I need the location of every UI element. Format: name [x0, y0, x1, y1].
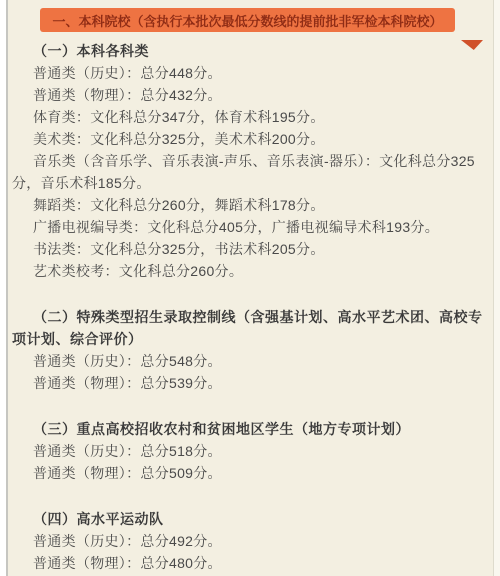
score-line: 普通类（物理）：总分539分。 — [12, 372, 489, 394]
section-heading: （二）特殊类型招生录取控制线（含强基计划、高水平艺术团、高校专项计划、综合评价） — [12, 306, 489, 350]
section-heading: （四）高水平运动队 — [12, 508, 489, 530]
score-line: 普通类（历史）：总分548分。 — [12, 350, 489, 372]
score-line: 普通类（历史）：总分492分。 — [12, 530, 489, 552]
score-line: 普通类（历史）：总分518分。 — [12, 440, 489, 462]
section-undergraduate-categories: （一）本科各科类 普通类（历史）：总分448分。 普通类（物理）：总分432分。… — [12, 40, 489, 282]
section-rural-poor-area-plan: （三）重点高校招收农村和贫困地区学生（地方专项计划） 普通类（历史）：总分518… — [12, 418, 489, 484]
section-special-admission-control-line: （二）特殊类型招生录取控制线（含强基计划、高水平艺术团、高校专项计划、综合评价）… — [12, 306, 489, 394]
score-line: 体育类：文化科总分347分，体育术科195分。 — [12, 106, 489, 128]
score-line: 书法类：文化科总分325分，书法术科205分。 — [12, 238, 489, 260]
section-high-level-sports-team: （四）高水平运动队 普通类（历史）：总分492分。 普通类（物理）：总分480分… — [12, 508, 489, 574]
page-right-border — [493, 0, 500, 576]
score-line: 广播电视编导类：文化科总分405分，广播电视编导术科193分。 — [12, 216, 489, 238]
score-line: 普通类（物理）：总分432分。 — [12, 84, 489, 106]
score-line: 普通类（历史）：总分448分。 — [12, 62, 489, 84]
section-heading: （三）重点高校招收农村和贫困地区学生（地方专项计划） — [12, 418, 489, 440]
score-line: 音乐类（含音乐学、音乐表演-声乐、音乐表演-器乐）：文化科总分325分，音乐术科… — [12, 150, 489, 194]
section-heading: （一）本科各科类 — [12, 40, 489, 62]
document-body: 一、本科院校（含执行本批次最低分数线的提前批非军检本科院校） （一）本科各科类 … — [8, 0, 493, 574]
score-line: 美术类：文化科总分325分，美术术科200分。 — [12, 128, 489, 150]
score-line: 舞蹈类：文化科总分260分，舞蹈术科178分。 — [12, 194, 489, 216]
banner-title: 一、本科院校（含执行本批次最低分数线的提前批非军检本科院校） — [52, 11, 442, 30]
score-line: 普通类（物理）：总分480分。 — [12, 552, 489, 574]
score-line: 普通类（物理）：总分509分。 — [12, 462, 489, 484]
score-line: 艺术类校考：文化科总分260分。 — [12, 260, 489, 282]
page-left-border — [0, 0, 8, 576]
section-banner: 一、本科院校（含执行本批次最低分数线的提前批非军检本科院校） — [40, 8, 455, 32]
